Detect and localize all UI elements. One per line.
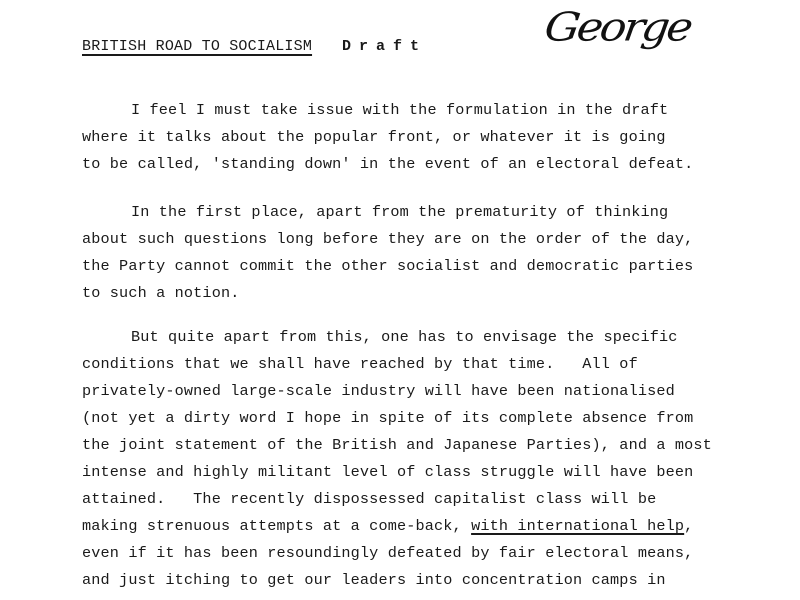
document-title: BRITISH ROAD TO SOCIALISM <box>82 38 312 55</box>
paragraph-2-line-3: the Party cannot commit the other social… <box>82 257 693 275</box>
document-page: BRITISH ROAD TO SOCIALISMDraft George I … <box>0 0 800 600</box>
paragraph-3-line-10: and just itching to get our leaders into… <box>82 571 666 589</box>
underlined-phrase: with international help <box>471 517 684 535</box>
paragraph-3-line-1: But quite apart from this, one has to en… <box>131 328 678 346</box>
handwritten-signature: George <box>542 5 693 51</box>
paragraph-3-line-2: conditions that we shall have reached by… <box>82 355 638 373</box>
document-heading: BRITISH ROAD TO SOCIALISMDraft <box>82 38 427 55</box>
paragraph-2-line-4: to such a notion. <box>82 284 240 302</box>
paragraph-3-line-8: making strenuous attempts at a come-back… <box>82 517 693 535</box>
paragraph-3-line-6: intense and highly militant level of cla… <box>82 463 693 481</box>
paragraph-3-line-5: the joint statement of the British and J… <box>82 436 712 454</box>
paragraph-2-line-2: about such questions long before they ar… <box>82 230 693 248</box>
paragraph-3-line-4: (not yet a dirty word I hope in spite of… <box>82 409 693 427</box>
paragraph-2-line-1: In the first place, apart from the prema… <box>131 203 668 221</box>
paragraph-1-line-1: I feel I must take issue with the formul… <box>131 101 668 119</box>
line-text-after: , <box>684 517 693 535</box>
paragraph-3-line-9: even if it has been resoundingly defeate… <box>82 544 693 562</box>
draft-label: Draft <box>342 38 427 55</box>
line-text-before: making strenuous attempts at a come-back… <box>82 517 471 535</box>
paragraph-3-line-3: privately-owned large-scale industry wil… <box>82 382 675 400</box>
paragraph-3-line-7: attained. The recently dispossessed capi… <box>82 490 656 508</box>
paragraph-1-line-2: where it talks about the popular front, … <box>82 128 666 146</box>
paragraph-1-line-3: to be called, 'standing down' in the eve… <box>82 155 693 173</box>
